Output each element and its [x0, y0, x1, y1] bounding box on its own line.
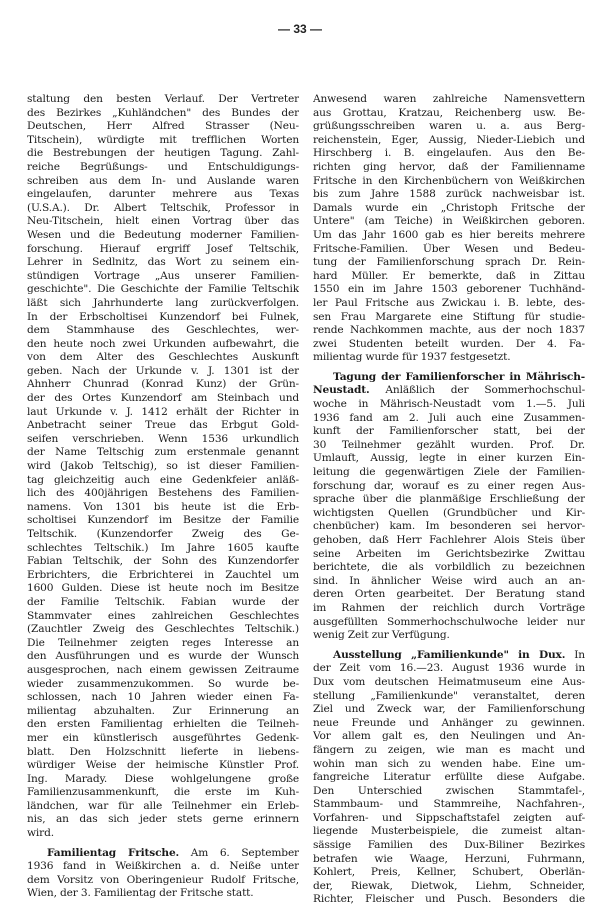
- text-line: aus Grottau, Kratzau, Reichenberg usw. B…: [313, 107, 585, 121]
- text-line: im Rahmen der reichlich durch Vorträge: [313, 602, 585, 616]
- text-line: bis zum Jahre 1588 zurück nachweisbar is…: [313, 188, 585, 202]
- text-line: berichtete, die als vorbildlich zu bezei…: [313, 561, 585, 575]
- text-line: zwei Studenten beteilt wurden. Der 4. Fa…: [313, 338, 585, 352]
- text-line: Umlauft, Aussig, legte in einer kurzen E…: [313, 452, 585, 466]
- text-line: Ahnherr Chunrad (Konrad Kunz) der Grün-: [27, 378, 299, 392]
- text-line: der Zeit vom 16.—23. August 1936 wurde i…: [313, 662, 585, 676]
- text-line: seifen verschrieben. Wenn 1536 urkundlic…: [27, 433, 299, 447]
- text-line: Titschein), würdigte mit trefflichen Wor…: [27, 134, 299, 148]
- text-line: deren Orten gearbeitet. Der Beratung sta…: [313, 588, 585, 602]
- text-line: Anwesend waren zahlreiche Namensvettern: [313, 93, 585, 107]
- text-line: Vor allem galt es, den Neulingen und An-: [313, 730, 585, 744]
- section-heading: Neustadt.: [313, 384, 370, 396]
- text-line: den Ausführungen und es wurde der Wunsch: [27, 650, 299, 664]
- text-line: läßt sich Jahrhunderte lang zurückverfol…: [27, 297, 299, 311]
- text-line: wichtigsten Quellen (Grundbücher und Kir…: [313, 507, 585, 521]
- text-line: Erbrichters, die Erbrichterei in Zauchte…: [27, 569, 299, 583]
- text-line: sprache über die planmäßige Erschließung…: [313, 493, 585, 507]
- text-line: der Name Teltschig zum erstenmale genann…: [27, 446, 299, 460]
- text-line: 1550 ein im Jahre 1503 geborener Tuchhän…: [313, 283, 585, 297]
- text-line: Kohlert, Preis, Kellner, Schubert, Oberl…: [313, 866, 585, 880]
- section-familientag-fritsche-heading: Familientag Fritsche. Am 6. September: [27, 847, 299, 861]
- text-line: Wesen und die Bedeutung moderner Familie…: [27, 229, 299, 243]
- left-column: staltung den besten Verlauf. Der Vertret…: [27, 93, 299, 901]
- text-line: milientag abzuhalten. Zur Erinnerung an: [27, 705, 299, 719]
- text-line: des Bezirkes „Kuhländchen" des Bundes de…: [27, 107, 299, 121]
- text-line: leitung die gegenwärtigen Ziele der Fami…: [313, 466, 585, 480]
- section-tagung-heading: Tagung der Familienforscher in Mährisch-: [313, 371, 585, 385]
- text-line: ausgesprochen, nach einem gewissen Zeitr…: [27, 664, 299, 678]
- text-line: kunft der Familienforscher statt, bei de…: [313, 425, 585, 439]
- text-line: stündigen Vortrage „Aus unserer Familien…: [27, 270, 299, 284]
- text-line: 1600 Gulden. Diese ist heute noch im Bes…: [27, 582, 299, 596]
- text-line: schlechtes Teltschik.) Im Jahre 1605 kau…: [27, 542, 299, 556]
- text-line: Damals wurde ein „Christoph Fritsche der: [313, 202, 585, 216]
- text-line: geschichte". Die Geschichte der Familie …: [27, 283, 299, 297]
- text-line: Fritsche in den Kirchenbüchern von Weißk…: [313, 175, 585, 189]
- text-line: Die Teilnehmer zeigten reges Interesse a…: [27, 637, 299, 651]
- text-line: Deutschen, Herr Alfred Strasser (Neu-: [27, 120, 299, 134]
- text-line: neue Freunde und Anhänger zu gewinnen.: [313, 717, 585, 731]
- text-line: Stammbaum- und Stammreihe, Nachfahren-,: [313, 798, 585, 812]
- text-line: 1936 fand in Weißkirchen a. d. Neiße unt…: [27, 860, 299, 874]
- text-line: staltung den besten Verlauf. Der Vertret…: [27, 93, 299, 107]
- text-line: 1936 fand am 2. Juli auch eine Zusammen-: [313, 412, 585, 426]
- text-line: ler Paul Fritsche aus Zwickau i. B. lebt…: [313, 297, 585, 311]
- text-line: betrafen wie Waage, Herzuni, Fuhrmann,: [313, 853, 585, 867]
- right-column: Anwesend waren zahlreiche Namensvetterna…: [313, 93, 585, 907]
- section-ausstellung-heading: Ausstellung „Familienkunde" in Dux. In: [313, 649, 585, 663]
- text-line: In der Erbscholtisei Kunzendorf bei Fuln…: [27, 311, 299, 325]
- text-line: Fabian Teltschik, der Sohn des Kunzendor…: [27, 555, 299, 569]
- text-line: rende Nachkommen machte, aus der noch 18…: [313, 324, 585, 338]
- text-line: der des Ortes Kunzendorf am Steinbach un…: [27, 392, 299, 406]
- text-line: seine Arbeiten im Gerichtsbezirke Zwitta…: [313, 548, 585, 562]
- text-line: 30 Teilnehmer gezählt wurden. Prof. Dr.: [313, 439, 585, 453]
- text-line: richten ging hervor, daß der Familiennam…: [313, 161, 585, 175]
- text-line: sind. In ähnlicher Weise wird auch an an…: [313, 575, 585, 589]
- text-line: tung der Familienforschung sprach Dr. Re…: [313, 256, 585, 270]
- text-line: die Bestrebungen der heutigen Tagung. Za…: [27, 147, 299, 161]
- text-line: ausgefüllten Sommerhochschulwoche leider…: [313, 616, 585, 630]
- text-line: stellung „Familienkunde" veranstaltet, d…: [313, 690, 585, 704]
- text-line: sässige Familien des Dux-Biliner Bezirke…: [313, 839, 585, 853]
- section-heading: Tagung der Familienforscher in Mährisch-: [333, 371, 585, 383]
- text-line: grüßungsschreiben waren u. a. aus Berg-: [313, 120, 585, 134]
- text-line: sen Frau Margarete eine Stiftung für stu…: [313, 311, 585, 325]
- text-line: reiche Begrüßungs- und Entschuldigungs-: [27, 161, 299, 175]
- text-line: Den Unterschied zwischen Stammtafel-,: [313, 785, 585, 799]
- text-line: dem Vorsitz von Oberingenieur Rudolf Fri…: [27, 874, 299, 888]
- text-line: chenbücher) kam. Im besonderen sei hervo…: [313, 520, 585, 534]
- text-line: blatt. Den Holzschnitt lieferte in liebe…: [27, 746, 299, 760]
- section-tagung-heading-cont: Neustadt. Anläßlich der Sommerhochschul-: [313, 384, 585, 398]
- text-line: der, Riewak, Dietwok, Liehm, Schneider,: [313, 880, 585, 894]
- text-line: schlossen, nach 10 Jahren wieder einen F…: [27, 691, 299, 705]
- text-line: Stammvater eines zahlreichen Geschlechte…: [27, 610, 299, 624]
- text-line: gehoben, daß Herr Fachlehrer Alois Steis…: [313, 534, 585, 548]
- text-line: (U.S.A.). Dr. Albert Teltschik, Professo…: [27, 202, 299, 216]
- text-line: Um das Jahr 1600 gab es hier bereits meh…: [313, 229, 585, 243]
- text-line: liegende Musterbeispiele, die zumeist al…: [313, 825, 585, 839]
- text-line: würdiger Weise der heimische Künstler Pr…: [27, 759, 299, 773]
- text-line: fängern zu zeigen, wie man es macht und: [313, 744, 585, 758]
- text-line: wieder zusammenzukommen. So wurde be-: [27, 678, 299, 692]
- text-line: dem Stammhause des Geschlechtes, wer-: [27, 324, 299, 338]
- text-line: (Zauchtler Zweig des Geschlechtes Teltsc…: [27, 623, 299, 637]
- text-line: woche in Mährisch-Neustadt vom 1.—5. Jul…: [313, 398, 585, 412]
- text-line: Anbetracht seiner Treue das Erbgut Gold-: [27, 419, 299, 433]
- text-line: forschung. Hierauf ergriff Josef Teltsch…: [27, 243, 299, 257]
- text-line: milientag wurde für 1937 festgesetzt.: [313, 351, 585, 365]
- text-line: nis, an das sich jeder stets gerne erinn…: [27, 813, 299, 827]
- section-text: Am 6. September: [179, 847, 299, 859]
- text-line: Richter, Fleischer und Pusch. Besonders …: [313, 893, 585, 907]
- text-line: Ziel und Zweck war, der Familienforschun…: [313, 703, 585, 717]
- text-line: von dem Alter des Geschlechtes Auskunft: [27, 351, 299, 365]
- text-line: hard Müller. Er bemerkte, daß in Zittau: [313, 270, 585, 284]
- text-line: schreiben aus dem In- und Auslande waren: [27, 175, 299, 189]
- text-line: lich des 400jährigen Bestehens des Famil…: [27, 487, 299, 501]
- section-heading: Familientag Fritsche.: [47, 847, 179, 859]
- text-line: wird.: [27, 827, 299, 841]
- section-text: Anläßlich der Sommerhochschul-: [370, 384, 586, 396]
- text-line: wird (Jakob Teltschig), so ist dieser Fa…: [27, 460, 299, 474]
- text-line: der Familie Teltschik. Fabian wurde der: [27, 596, 299, 610]
- text-line: scholtisei Kunzendorf im Besitze der Fam…: [27, 514, 299, 528]
- text-line: den heute noch zwei Urkunden aufbewahrt,…: [27, 338, 299, 352]
- text-line: Fritsche-Familien. Über Wesen und Bedeu-: [313, 243, 585, 257]
- text-line: Vorfahren- und Sippschaftstafel zeigten …: [313, 812, 585, 826]
- text-line: Wien, der 3. Familientag der Fritsche st…: [27, 887, 299, 901]
- text-line: forschung dar, worauf es zu einer regen …: [313, 480, 585, 494]
- text-line: Untere" (am Teiche) in Weißkirchen gebor…: [313, 215, 585, 229]
- section-heading: Ausstellung „Familienkunde" in Dux.: [333, 649, 565, 661]
- text-line: den ersten Familientag erhielten die Tei…: [27, 718, 299, 732]
- text-line: eingelaufen, darunter mehrere aus Texas: [27, 188, 299, 202]
- text-line: Neu-Titschein, hielt einen Vortrag über …: [27, 215, 299, 229]
- text-line: wenig Zeit zur Verfügung.: [313, 629, 585, 643]
- text-line: wohin man sich zu wenden habe. Eine um-: [313, 758, 585, 772]
- text-line: Familienzusammenkunft, die erste im Kuh-: [27, 786, 299, 800]
- text-line: geben. Nach der Urkunde v. J. 1301 ist d…: [27, 365, 299, 379]
- text-line: Teltschik. (Kunzendorfer Zweig des Ge-: [27, 528, 299, 542]
- text-line: ländchen, war für alle Teilnehmer ein Er…: [27, 800, 299, 814]
- text-line: fangreiche Literatur erfüllte diese Aufg…: [313, 771, 585, 785]
- text-line: tag gleichzeitig auch eine Gedenkfeier a…: [27, 474, 299, 488]
- text-line: Dux vom deutschen Heimatmuseum eine Aus-: [313, 676, 585, 690]
- text-line: Hirschberg i. B. eingelaufen. Aus den Be…: [313, 147, 585, 161]
- text-line: namens. Von 1301 bis heute ist die Erb-: [27, 501, 299, 515]
- page-number: — 33 —: [0, 22, 600, 36]
- text-line: laut Urkunde v. J. 1412 erhält der Richt…: [27, 406, 299, 420]
- text-line: Ing. Marady. Diese wohlgelungene große: [27, 773, 299, 787]
- text-line: mer ein künstlerisch ausgeführtes Gedenk…: [27, 732, 299, 746]
- text-line: Lehrer in Sedlnitz, das Wort zu seinem e…: [27, 256, 299, 270]
- text-line: reichenstein, Eger, Aussig, Nieder-Liebi…: [313, 134, 585, 148]
- section-text: In: [565, 649, 585, 661]
